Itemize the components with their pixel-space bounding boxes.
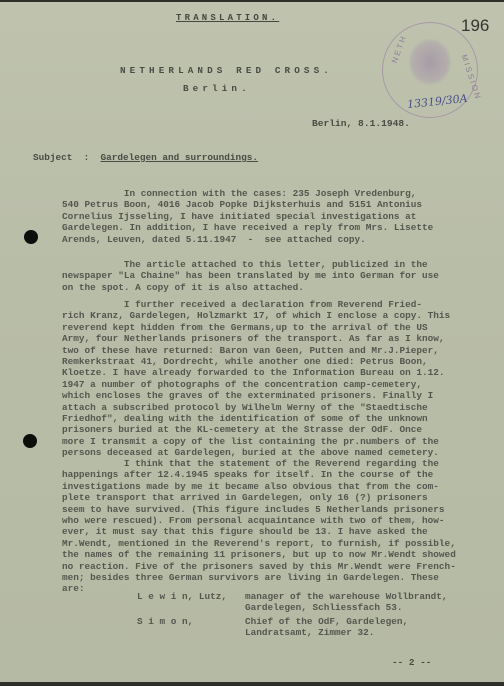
text-line: Mr.Wendt, mentioned in the Reverend's re…	[62, 538, 502, 549]
text-line: In connection with the cases: 235 Joseph…	[62, 188, 502, 199]
text-line: men; besides three German survivors are …	[62, 572, 502, 583]
survivor-name: L e w i n, Lutz,	[137, 591, 227, 602]
continuation-marker: -- 2 --	[392, 657, 431, 668]
organization-city: Berlin.	[183, 83, 251, 94]
organization-name: NETHERLANDS RED CROSS.	[120, 65, 333, 76]
survivor-name: S i m o n,	[137, 616, 193, 627]
text-line: attach a subscribed protocol by Wilhelm …	[62, 402, 502, 413]
text-line: Cornelius Ijsseling, I have initiated sp…	[62, 211, 502, 222]
text-line: investigations made by me it became also…	[62, 481, 502, 492]
text-line: seem to have survived. (This figure incl…	[62, 504, 502, 515]
coat-of-arms-icon	[409, 39, 451, 85]
text-line: no reaction. Five of the prisoners saved…	[62, 561, 502, 572]
paragraph-2: The article attached to this letter, pub…	[62, 259, 502, 293]
text-line: reverend kept hidden from the Germans,up…	[62, 322, 502, 333]
text-line: Remkerkstraat 41, Dordrecht, while anoth…	[62, 356, 502, 367]
survivor-detail: Gardelegen, Schliessfach 53.	[245, 602, 403, 613]
survivor-detail: Chief of the OdF, Gardelegen,	[245, 616, 408, 627]
text-line: persons deceased at Gardelegen, buried a…	[62, 447, 502, 458]
text-line: plete transport that arrived in Gardeleg…	[62, 492, 502, 503]
survivor-detail: manager of the warehouse Wollbrandt,	[245, 591, 448, 602]
subject-value: Gardelegen and surroundings.	[101, 152, 259, 163]
text-line: on the spot. A copy of it is also attach…	[62, 282, 502, 293]
subject-label: Subject :	[33, 152, 101, 163]
paragraph-3: I further received a declaration from Re…	[62, 299, 502, 458]
text-line: Gardelegen. In addition, I have received…	[62, 222, 502, 233]
handwritten-page-number: 196	[461, 20, 489, 31]
text-line: Friedhof", dealing with the identificati…	[62, 413, 502, 424]
text-line: rich Kranz, Gardelegen, Holzmarkt 17, of…	[62, 310, 502, 321]
text-line: I further received a declaration from Re…	[62, 299, 502, 310]
text-line: more I transmit a copy of the list conta…	[62, 436, 502, 447]
text-line: Kloetze. I have already forwarded to the…	[62, 367, 502, 378]
text-line: newspaper "La Chaine" has been translate…	[62, 270, 502, 281]
text-line: which encloses the graves of the extermi…	[62, 390, 502, 401]
text-line: I think that the statement of the Revere…	[62, 458, 502, 469]
text-line: The article attached to this letter, pub…	[62, 259, 502, 270]
document-page: TRANSLATION. 196 NETH MISSION 13319/30A …	[0, 2, 504, 682]
text-line: ever, it must say that this figure shoul…	[62, 526, 502, 537]
paragraph-4: I think that the statement of the Revere…	[62, 458, 502, 595]
paragraph-1: In connection with the cases: 235 Joseph…	[62, 188, 502, 245]
text-line: prisoners buried at the KL-cemetery at t…	[62, 424, 502, 435]
document-heading: TRANSLATION.	[176, 13, 279, 24]
text-line: 540 Petrus Boon, 4016 Jacob Popke Dijkst…	[62, 199, 502, 210]
text-line: two of these have returned: Baron van Ge…	[62, 345, 502, 356]
punch-hole	[23, 434, 37, 448]
scan-bottom-edge	[0, 682, 504, 686]
text-line: 1947 a number of photographs of the conc…	[62, 379, 502, 390]
stamp-text-left: NETH	[389, 33, 410, 65]
punch-hole	[24, 230, 38, 244]
text-line: Army, four Netherlands prisoners of the …	[62, 333, 502, 344]
letter-date: Berlin, 8.1.1948.	[312, 118, 410, 129]
subject-line: Subject : Gardelegen and surroundings.	[33, 152, 258, 163]
text-line: happenings after 12.4.1945 speaks for it…	[62, 469, 502, 480]
text-line: Arends, Leuven, dated 5.11.1947 - see at…	[62, 234, 502, 245]
text-line: the names of the remaining 11 prisoners,…	[62, 549, 502, 560]
survivor-detail: Landratsamt, Zimmer 32.	[245, 627, 374, 638]
text-line: who were rescued). From personal acquain…	[62, 515, 502, 526]
